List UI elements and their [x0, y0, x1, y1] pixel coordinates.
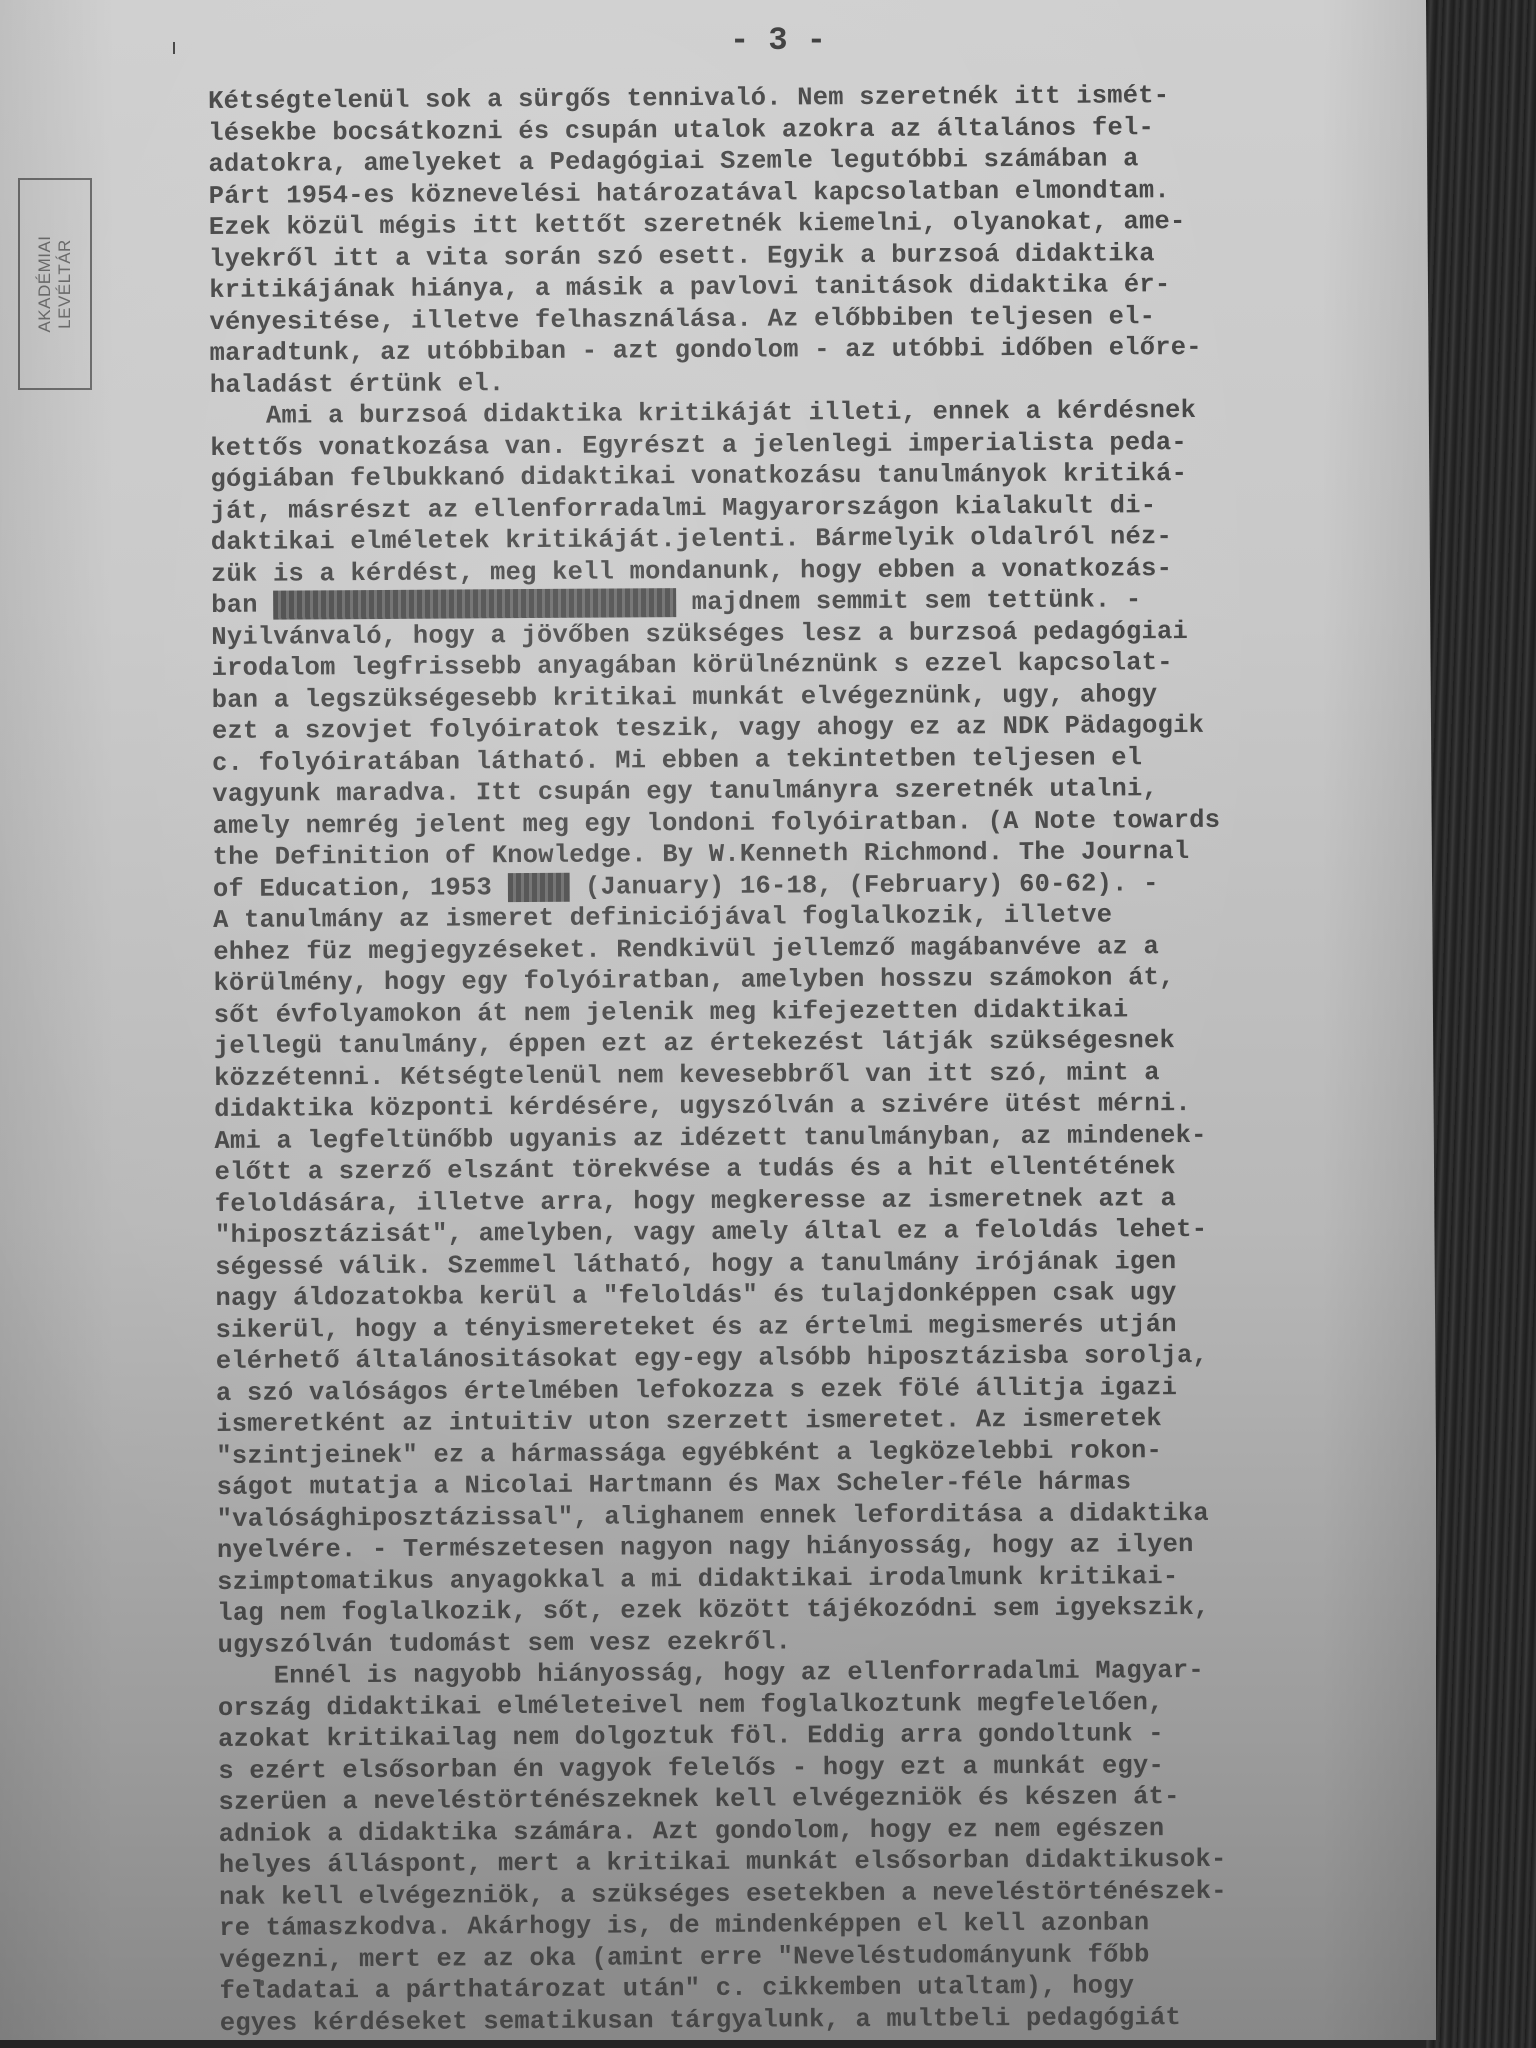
line-text: Ezek közül mégis itt kettőt szeretnék ki…	[209, 207, 1186, 242]
document-body: Kétségtelenül sok a sürgős tennivaló. Ne…	[208, 79, 1420, 2039]
line-text: re támaszkodva. Akárhogy is, de mindenké…	[219, 1908, 1149, 1943]
line-text: feloldására, illetve arra, hogy megkeres…	[215, 1184, 1176, 1219]
line-text: ezt a szovjet folyóiratok teszik, vagy a…	[212, 711, 1204, 746]
line-text: sőt évfolyamokon át nem jelenik meg kife…	[214, 995, 1129, 1030]
struck-out-text: xxxxxxxxxxxxxxxxxxxxxxxxxx	[273, 588, 676, 619]
line-text: végezni, mert ez az oka (amint erre "Nev…	[219, 1940, 1149, 1975]
line-text: daktikai elméletek kritikáját.jelenti. B…	[211, 522, 1172, 557]
line-text: ságot mutatja a Nicolai Hartmann és Max …	[216, 1467, 1131, 1502]
line-text: kettős vonatkozása van. Egyrészt a jelen…	[210, 428, 1187, 463]
struck-out-text: xxxx	[507, 872, 569, 901]
line-text: vényesitése, illetve felhasználása. Az e…	[209, 302, 1155, 337]
stamp-line-1: AKADÉMIAI	[35, 235, 55, 332]
line-text: didaktika központi kérdésére, ugyszólván…	[214, 1089, 1191, 1124]
line-text: ehhez füz megjegyzéseket. Rendkivül jell…	[213, 932, 1159, 967]
line-text: lag nem foglalkozik, sőt, ezek között tá…	[217, 1593, 1209, 1628]
line-text: sikerül, hogy a tényismereteket és az ér…	[216, 1310, 1177, 1345]
line-text: előtt a szerző elszánt törekvése a tudás…	[215, 1152, 1176, 1187]
line-text: kritikájának hiánya, a másik a pavlovi t…	[209, 270, 1170, 305]
line-text: elérhető általánositásokat egy-egy alsób…	[216, 1341, 1208, 1376]
line-text: körülmény, hogy egy folyóiratban, amelyb…	[213, 963, 1174, 998]
line-text: közzétenni. Kétségtelenül nem kevesebbrő…	[214, 1058, 1160, 1093]
line-text: amely nemrég jelent meg egy londoni foly…	[212, 805, 1220, 840]
line-text: of Education, 1953	[213, 873, 508, 904]
line-text: gógiában felbukkanó didaktikai vonatkozá…	[210, 459, 1187, 494]
line-text: s ezért elsősorban én vagyok felelős - h…	[218, 1751, 1164, 1786]
line-text: haladást értünk el.	[210, 369, 505, 400]
line-text-continued: majdnem semmit sem tettünk. -	[676, 585, 1141, 617]
scanned-document-scene: - 3 - AKADÉMIAI LEVÉLTÁR Kétségtelenül s…	[0, 0, 1536, 2048]
line-text: irodalom legfrissebb anyagában körülnézn…	[211, 648, 1172, 683]
line-text: lyekről itt a vita során szó esett. Egyi…	[209, 239, 1155, 274]
line-text: c. folyóiratában látható. Mi ebben a tek…	[212, 743, 1142, 778]
line-text-continued: (January) 16-18, (February) 60-62). -	[569, 869, 1158, 902]
line-text: Ami a burzsoá didaktika kritikáját illet…	[266, 396, 1196, 431]
wooden-surface-background	[1426, 0, 1536, 2048]
text-line: egyes kérdéseket sematikusan tárgyalunk,…	[220, 2000, 1420, 2039]
line-text: ban	[211, 591, 273, 620]
line-text: ismeretként az intuitiv uton szerzett is…	[216, 1404, 1162, 1439]
line-text: vagyunk maradva. Itt csupán egy tanulmán…	[212, 774, 1158, 809]
line-text: lésekbe bocsátkozni és csupán utalok azo…	[208, 113, 1154, 148]
line-text: ban a legszükségesebb kritikai munkát el…	[212, 680, 1158, 715]
line-text: szimptomatikus anyagokkal a mi didaktika…	[217, 1562, 1178, 1597]
line-text: nagy áldozatokba kerül a "feloldás" és t…	[215, 1278, 1176, 1313]
line-text: ugyszólván tudomást sem vesz ezekről.	[217, 1627, 791, 1660]
line-text: nyelvére. - Természetesen nagyon nagy hi…	[217, 1530, 1194, 1565]
page-number: - 3 -	[0, 22, 1436, 59]
line-text: A tanulmány az ismeret definiciójával fo…	[213, 900, 1112, 934]
line-text: "szintjeinek" ez a hármassága egyébként …	[216, 1436, 1162, 1471]
line-text: helyes álláspont, mert a kritikai munkát…	[219, 1845, 1227, 1880]
archive-stamp-text: AKADÉMIAI LEVÉLTÁR	[35, 235, 75, 332]
line-text: egyes kérdéseket sematikusan tárgyalunk,…	[220, 2003, 1181, 2038]
line-text: ségessé válik. Szemmel látható, hogy a t…	[215, 1247, 1176, 1282]
ink-speck	[260, 1980, 264, 1986]
line-text: azokat kritikailag nem dolgoztuk föl. Ed…	[218, 1719, 1164, 1754]
line-text: Kétségtelenül sok a sürgős tennivaló. Ne…	[208, 81, 1169, 116]
line-text: Ennél is nagyobb hiányosság, hogy az ell…	[274, 1656, 1204, 1691]
line-text: "hiposztázisát", amelyben, vagy amely ál…	[215, 1215, 1207, 1250]
line-text: Nyilvánvaló, hogy a jövőben szükséges le…	[211, 617, 1188, 652]
line-text: maradtunk, az utóbbiban - azt gondolom -…	[210, 333, 1202, 368]
line-text: Párt 1954-es köznevelési határozatával k…	[209, 176, 1170, 211]
line-text: nak kell elvégezniök, a szükséges esetek…	[219, 1876, 1227, 1911]
line-text: a szó valóságos értelmében lefokozza s e…	[216, 1373, 1177, 1408]
line-text: ország didaktikai elméleteivel nem fogla…	[218, 1688, 1164, 1723]
typewritten-page: - 3 - AKADÉMIAI LEVÉLTÁR Kétségtelenül s…	[0, 0, 1436, 2040]
line-text: szerüen a neveléstörténészeknek kell elv…	[218, 1782, 1179, 1817]
line-text: adniok a didaktika számára. Azt gondolom…	[219, 1814, 1165, 1849]
line-text: adatokra, amelyeket a Pedagógiai Szemle …	[208, 144, 1138, 179]
archive-stamp: AKADÉMIAI LEVÉLTÁR	[18, 178, 92, 390]
stamp-line-2: LEVÉLTÁR	[55, 235, 75, 332]
line-text: feladatai a párthatározat után" c. cikke…	[220, 1971, 1135, 2006]
line-text: zük is a kérdést, meg kell mondanunk, ho…	[211, 554, 1172, 589]
line-text: jellegü tanulmány, éppen ezt az értekezé…	[214, 1026, 1175, 1061]
line-text: "valósághiposztázissal", alighanem ennek…	[217, 1498, 1209, 1533]
line-text: Ami a legfeltünőbb ugyanis az idézett ta…	[214, 1120, 1206, 1155]
line-text: the Definition of Knowledge. By W.Kennet…	[213, 837, 1190, 872]
line-text: ját, másrészt az ellenforradalmi Magyaro…	[211, 491, 1157, 526]
